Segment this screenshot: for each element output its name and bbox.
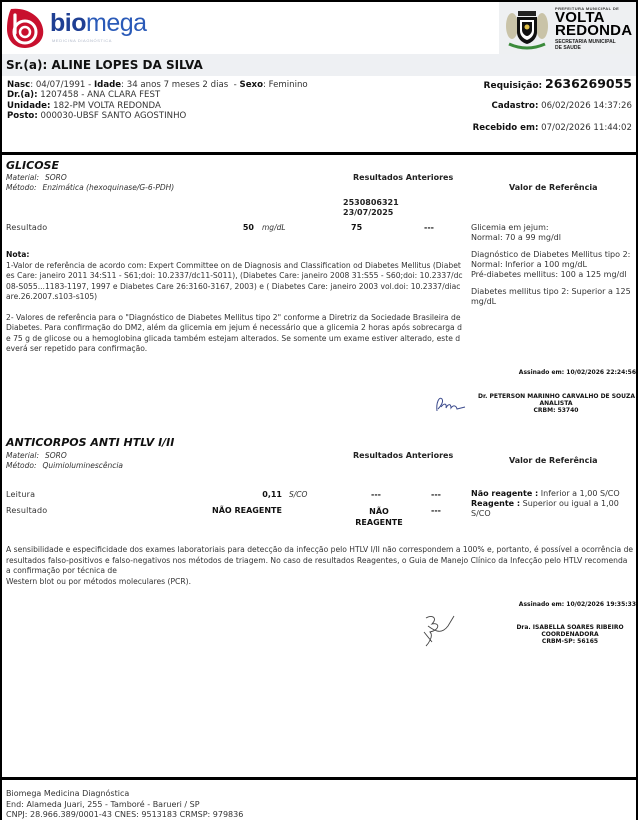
patient-band: Sr.(a): ALINE LOPES DA SILVA (2, 54, 636, 76)
reading-label: Leitura (6, 490, 35, 499)
coat-of-arms-icon (503, 6, 551, 52)
signer-htlv: Dra. ISABELLA SOARES RIBEIRO COORDENADOR… (506, 624, 634, 645)
signature-icon (418, 612, 458, 648)
patient-birth-age-sex: Nasc: 04/07/1991 - Idade: 34 anos 7 mese… (7, 80, 308, 90)
exam-material-htlv: Material:SORO (6, 451, 67, 460)
footer-lab-info: Biomega Medicina Diagnóstica End: Alamed… (6, 789, 243, 820)
reference-values-glicose: Glicemia em jejum: Normal: 70 a 99 mg/dl… (471, 223, 631, 307)
city-logo-name: VOLTAREDONDA (555, 11, 632, 37)
signature-icon (434, 393, 468, 415)
exam-notes-glicose: Nota: 1-Valor de referência de acordo co… (6, 250, 464, 355)
result-unit: mg/dL (262, 223, 286, 232)
request-number: Requisição: 2636269055 (484, 78, 632, 92)
previous-results-header: Resultados Anteriores (353, 451, 453, 460)
reading-unit: S/CO (289, 490, 307, 499)
exam-method-htlv: Método:Quimioluminescência (6, 461, 123, 470)
city-logo-department: SECRETARIA MUNICIPALDE SAUDE (555, 39, 616, 51)
patient-name: Sr.(a): ALINE LOPES DA SILVA (6, 58, 203, 72)
exam-title-glicose: GLICOSE (6, 159, 59, 172)
volta-redonda-logo: PREFEITURA MUNICIPAL DE VOLTAREDONDA SEC… (499, 2, 636, 54)
biomega-subtitle: MEDICINA DIAGNÓSTICA (52, 38, 112, 43)
result-value: NÃO REAGENTE (212, 506, 282, 515)
result-value: 50 (210, 223, 254, 232)
reference-values-htlv: Não reagente : Inferior a 1,00 S/CO Reag… (471, 489, 633, 519)
request-received-at: Recebido em: 07/02/2026 11:44:02 (473, 123, 632, 133)
patient-doctor: Dr.(a): 1207458 - ANA CLARA FEST (7, 90, 160, 100)
biomega-wordmark: biomega (50, 9, 147, 37)
previous-reading-value-2: --- (431, 490, 441, 499)
request-registered-at: Cadastro: 06/02/2026 14:37:26 (492, 101, 632, 111)
previous-result-value: NÃO REAGENTE (350, 507, 408, 528)
previous-result-value-2: --- (431, 506, 441, 515)
previous-result-date: 23/07/2025 (343, 208, 393, 218)
patient-unit: Unidade: 182-PM VOLTA REDONDA (7, 101, 161, 111)
biomega-logo: biomega MEDICINA DIAGNÓSTICA (2, 2, 138, 52)
signed-at-glicose: Assinado em: 10/02/2026 22:24:56 (519, 369, 636, 376)
exam-method-glicose: Método:Enzimática (hexoquinase/G-6-PDH) (6, 183, 174, 192)
previous-results-header: Resultados Anteriores (353, 173, 453, 182)
exam-notes-htlv: A sensibilidade e especificidade dos exa… (6, 545, 636, 587)
result-label: Resultado (6, 506, 47, 515)
reference-header: Valor de Referência (509, 456, 598, 465)
patient-post: Posto: 000030-UBSF SANTO AGOSTINHO (7, 111, 186, 121)
exam-material-glicose: Material:SORO (6, 173, 67, 182)
exam-title-htlv: ANTICORPOS ANTI HTLV I/II (6, 436, 174, 449)
signed-at-htlv: Assinado em: 10/02/2026 19:35:33 (519, 601, 636, 608)
biomega-drop-logo-icon (5, 5, 45, 49)
result-label: Resultado (6, 223, 47, 232)
previous-result-value: 75 (351, 223, 362, 232)
previous-result-id: 2530806321 (343, 198, 399, 208)
signer-glicose: Dr. PETERSON MARINHO CARVALHO DE SOUZA A… (478, 393, 634, 414)
reference-header: Valor de Referência (509, 183, 598, 192)
previous-result-value-2: --- (424, 223, 434, 232)
reading-value: 0,11 (230, 490, 282, 499)
previous-reading-value: --- (371, 490, 381, 499)
